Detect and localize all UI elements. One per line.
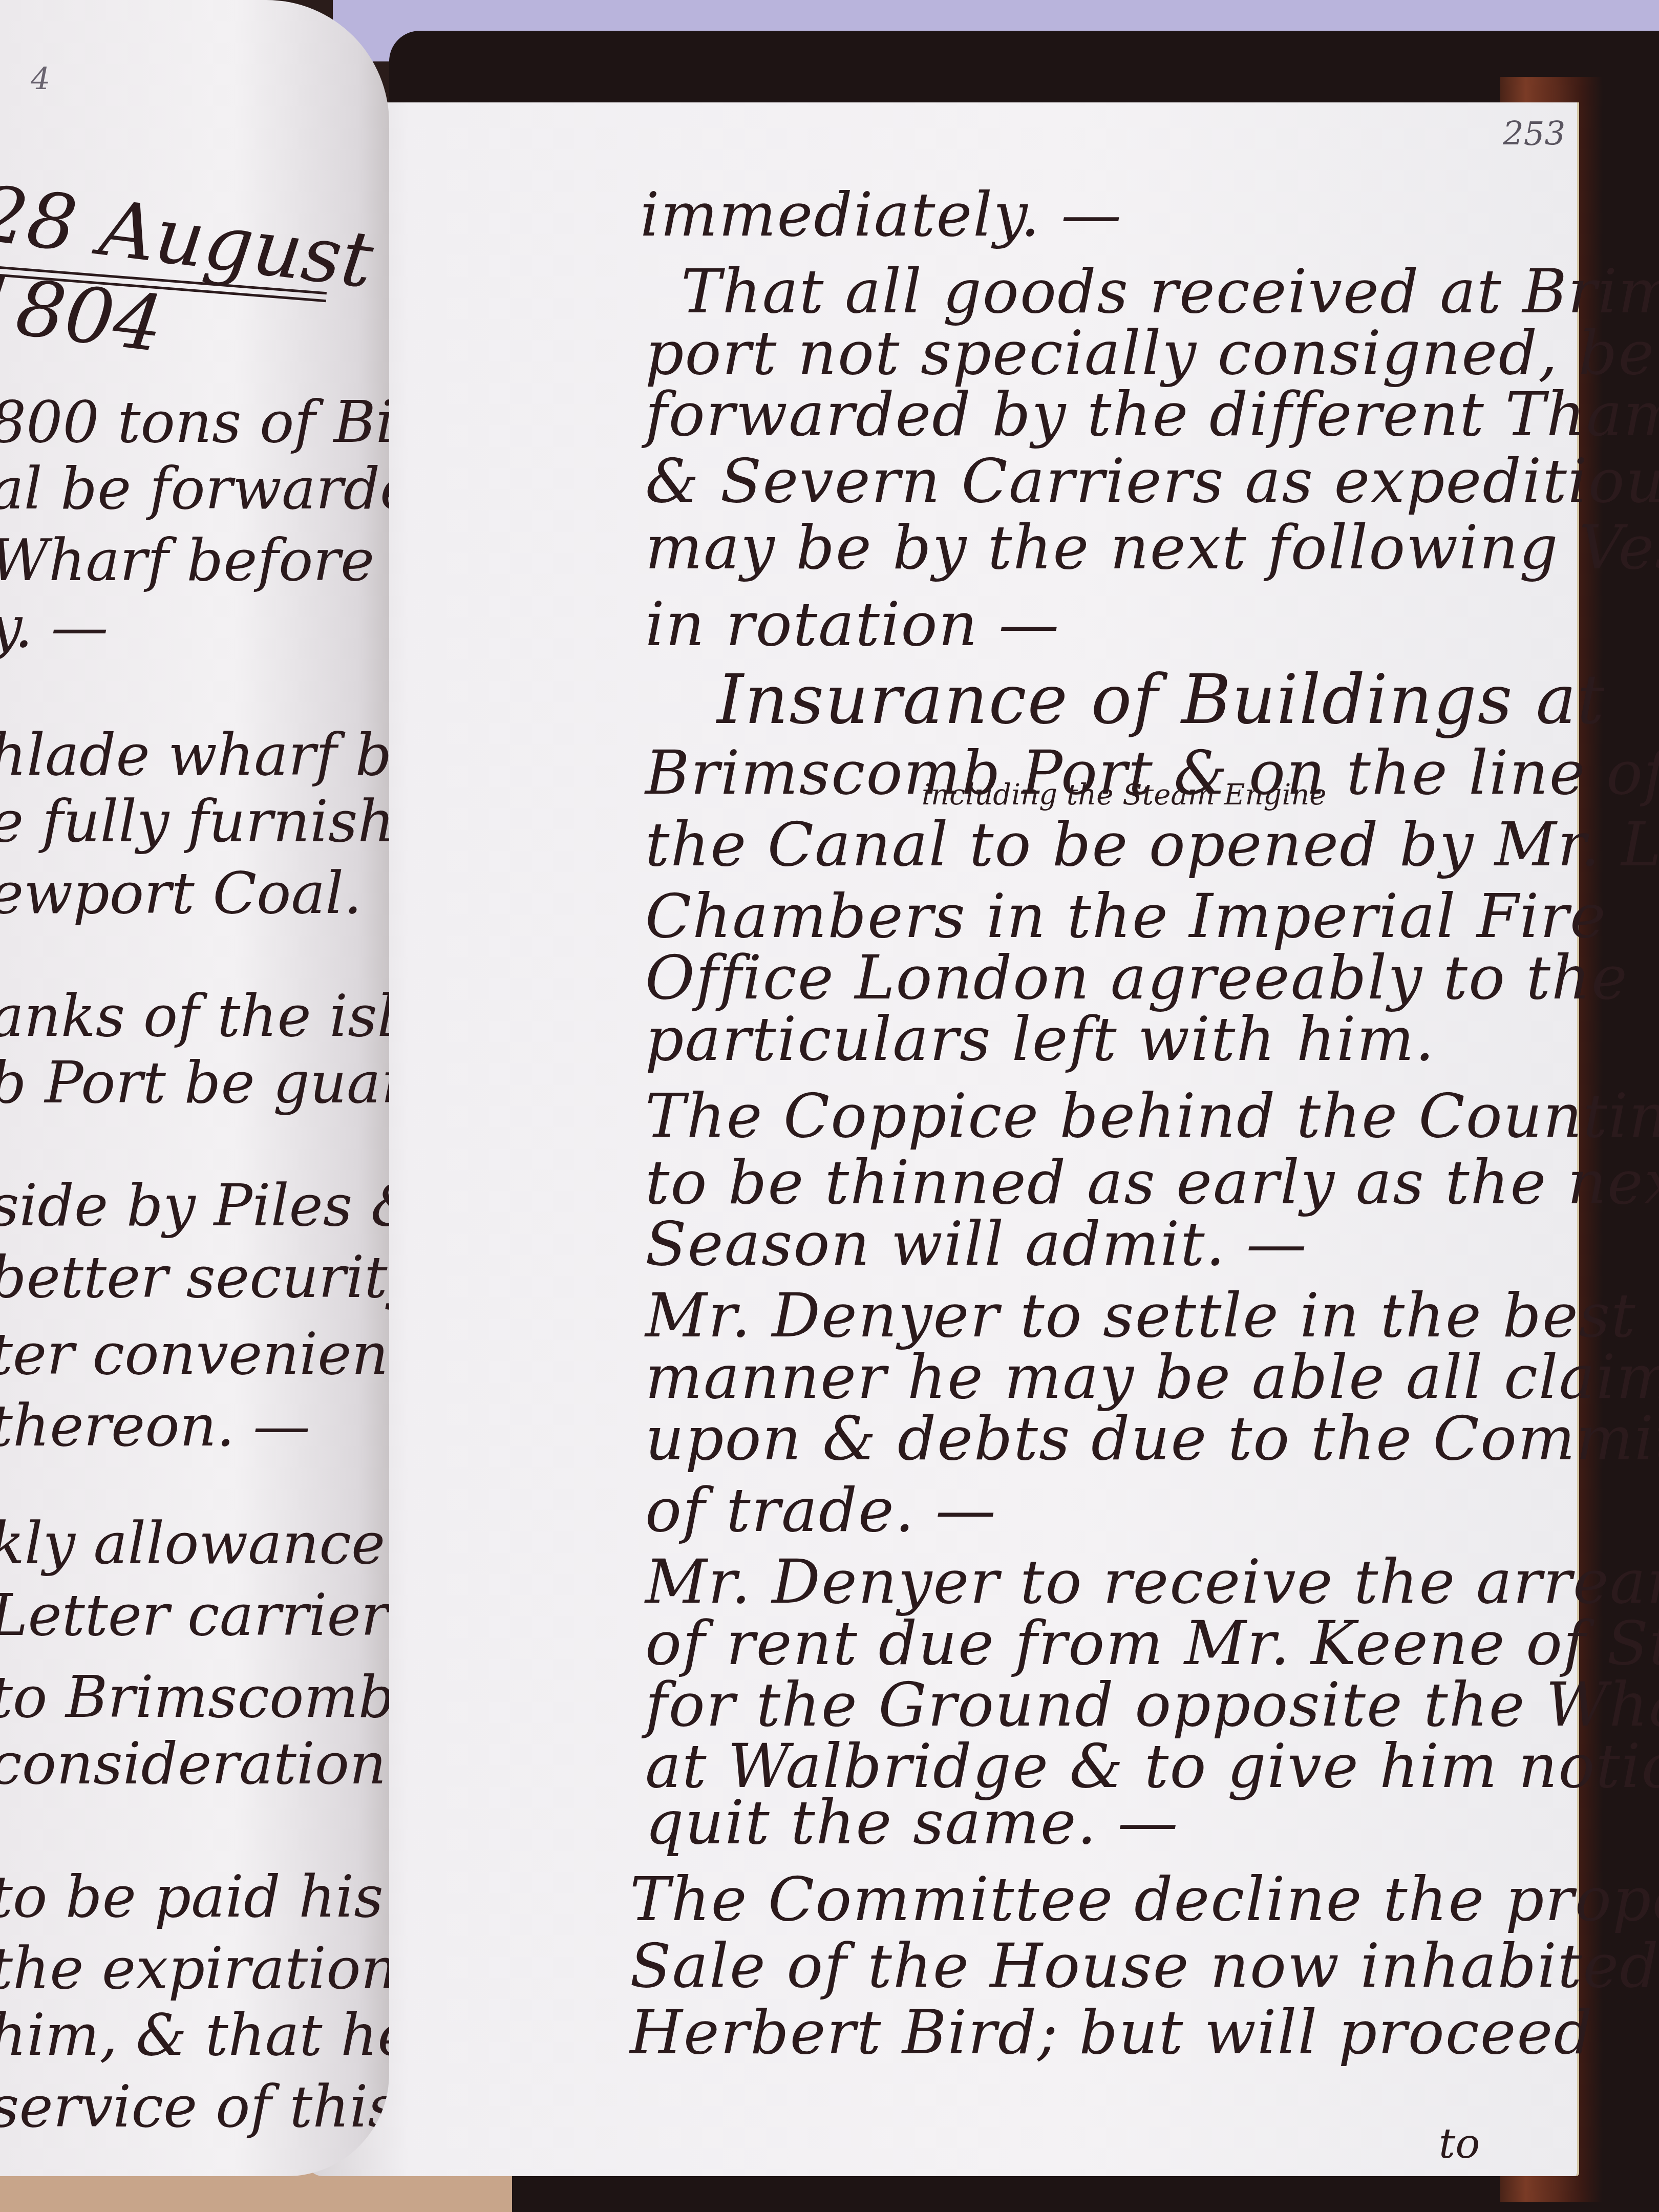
text-line: al be forwarded t bbox=[0, 456, 389, 522]
text-line: upon & debts due to the Committee bbox=[645, 1403, 1659, 1474]
text-line: Office London agreeably to the bbox=[645, 942, 1628, 1013]
text-line: e fully furnished bbox=[0, 789, 389, 855]
text-line: ter convenience f bbox=[0, 1321, 389, 1388]
text-line: & Severn Carriers as expeditiously as bbox=[645, 445, 1659, 516]
page-number: 253 bbox=[1503, 115, 1565, 153]
text-line: Sale of the House now inhabited by bbox=[630, 1930, 1659, 2001]
text-line: consideration of bbox=[0, 1731, 389, 1797]
text-line: better security f bbox=[0, 1244, 389, 1311]
text-line: of rent due from Mr. Keene of Stroud bbox=[645, 1608, 1659, 1678]
text-line: to Brimscomb bbox=[0, 1664, 389, 1731]
catchword: to bbox=[1439, 2120, 1480, 2167]
text-line: Chambers in the Imperial Fire bbox=[645, 881, 1607, 951]
text-line: y. — bbox=[0, 594, 109, 661]
text-line: particulars left with him. bbox=[645, 1004, 1435, 1074]
text-line: him, & that he be bbox=[0, 2002, 389, 2069]
text-line: thereon. — bbox=[0, 1393, 310, 1459]
text-line: the expiration of bbox=[0, 1936, 389, 2002]
section-heading: Insurance of Buildings at bbox=[717, 661, 1605, 739]
text-line: to be paid his bbox=[0, 1864, 384, 1930]
text-line: manner he may be able all claims bbox=[645, 1342, 1659, 1412]
text-line: Mr. Denyer to receive the arrears bbox=[645, 1546, 1659, 1617]
text-line: Herbert Bird; but will proceed bbox=[630, 1997, 1593, 2068]
text-line: service of this Compa bbox=[0, 2074, 389, 2140]
text-line: The Committee decline the proposed bbox=[630, 1864, 1659, 1934]
text-line: anks of the island bbox=[0, 983, 389, 1050]
text-line: That all goods received at Brimscomb bbox=[681, 256, 1659, 327]
text-line: the Canal to be opened by Mr. L. bbox=[645, 809, 1659, 880]
text-line: side by Piles & bbox=[0, 1173, 389, 1239]
text-line: immediately. — bbox=[640, 179, 1122, 250]
text-line: Mr. Denyer to settle in the best bbox=[645, 1280, 1636, 1351]
text-line: Wharf before the bbox=[0, 527, 389, 594]
text-line: kly allowance of bbox=[0, 1511, 389, 1577]
text-line: in rotation — bbox=[645, 589, 1060, 660]
text-line: b Port be guarded bbox=[0, 1050, 389, 1116]
text-line: for the Ground opposite the Wharf bbox=[645, 1669, 1659, 1740]
text-line: forwarded by the different Thames bbox=[645, 379, 1659, 450]
text-line: to be thinned as early as the next bbox=[645, 1147, 1659, 1218]
text-line: quit the same. — bbox=[645, 1787, 1179, 1858]
text-line: may be by the next following Vessels bbox=[645, 512, 1659, 583]
left-page: 4 28 August 1804 800 tons of Bitston al … bbox=[0, 0, 389, 2176]
text-line: Season will admit. — bbox=[645, 1208, 1308, 1279]
text-line: The Coppice behind the Counting House bbox=[645, 1080, 1659, 1151]
text-line: Letter carrier from bbox=[0, 1582, 389, 1649]
text-line: 800 tons of Bitston bbox=[0, 389, 389, 456]
interlinear-insertion: including the Steam Engine bbox=[922, 778, 1327, 812]
text-line: ewport Coal. bbox=[0, 860, 362, 927]
corner-mark: 4 bbox=[31, 61, 50, 97]
text-line: port not specially consigned, be bbox=[645, 317, 1655, 388]
text-line: of trade. — bbox=[645, 1475, 997, 1545]
text-line: hlade wharf be bbox=[0, 722, 389, 789]
